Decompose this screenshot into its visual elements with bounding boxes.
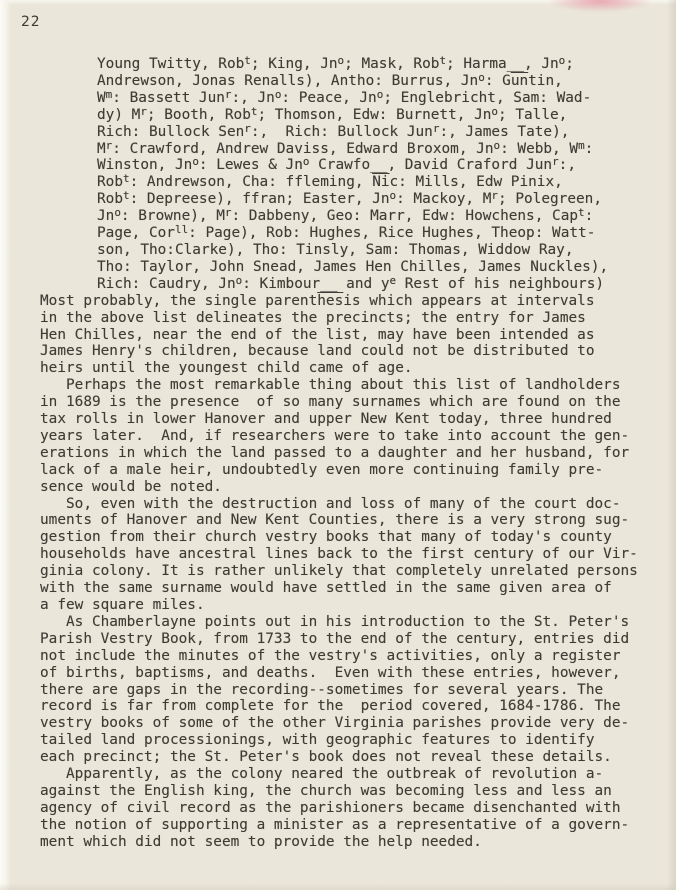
text-line: with the same surname would have settled… — [40, 580, 638, 597]
text-line: against the English king, the church was… — [40, 783, 638, 800]
paragraph: Most probably, the single parenthesis wh… — [40, 293, 638, 378]
text-line: Parish Vestry Book, from 1733 to the end… — [40, 631, 638, 648]
text-column: Young Twitty, Robt; King, Jno; Mask, Rob… — [40, 56, 638, 851]
text-line: record is far from complete for the peri… — [40, 698, 638, 715]
text-line: ment which did not seem to provide the h… — [40, 834, 638, 851]
scan-edge-right — [667, 0, 676, 890]
text-line: Page, Corll: Page), Rob: Hughes, Rice Hu… — [40, 225, 638, 242]
pink-smudge — [549, 0, 651, 12]
paragraph: So, even with the destruction and loss o… — [40, 496, 638, 614]
text-line: Tho: Taylor, John Snead, James Hen Chill… — [40, 259, 638, 276]
scan-edge-bottom — [0, 883, 676, 890]
text-line: erations in which the land passed to a d… — [40, 445, 638, 462]
text-line: lack of a male heir, undoubtedly even mo… — [40, 462, 638, 479]
text-line: in 1689 is the presence of so many surna… — [40, 394, 638, 411]
text-line: tax rolls in lower Hanover and upper New… — [40, 411, 638, 428]
text-line: As Chamberlayne points out in his introd… — [40, 614, 638, 631]
paragraph: Perhaps the most remarkable thing about … — [40, 377, 638, 495]
scanned-book-page: 22 Young Twitty, Robt; King, Jno; Mask, … — [0, 0, 676, 890]
text-line: tailed land processionings, with geograp… — [40, 732, 638, 749]
text-line: vestry books of some of the other Virgin… — [40, 715, 638, 732]
text-line: there are gaps in the recording--sometim… — [40, 682, 638, 699]
scan-edge-left — [0, 0, 11, 890]
text-line: Rich: Bullock Senr:, Rich: Bullock Junr:… — [40, 124, 638, 141]
text-line: gestion from their church vestry books t… — [40, 529, 638, 546]
text-line: So, even with the destruction and loss o… — [40, 496, 638, 513]
text-line: Most probably, the single parenthesis wh… — [40, 293, 638, 310]
landholder-name-list: Young Twitty, Robt; King, Jno; Mask, Rob… — [40, 56, 638, 293]
text-line: Jno: Browne), Mr: Dabbeny, Geo: Marr, Ed… — [40, 208, 638, 225]
paragraph: As Chamberlayne points out in his introd… — [40, 614, 638, 766]
paragraph: Apparently, as the colony neared the out… — [40, 766, 638, 851]
text-line: not include the minutes of the vestry's … — [40, 648, 638, 665]
text-line: Young Twitty, Robt; King, Jno; Mask, Rob… — [40, 56, 638, 73]
text-line: the notion of supporting a minister as a… — [40, 817, 638, 834]
text-line: uments of Hanover and New Kent Counties,… — [40, 512, 638, 529]
text-line: Robt: Depreese), ffran; Easter, Jno: Mac… — [40, 191, 638, 208]
text-line: agency of civil record as the parishione… — [40, 800, 638, 817]
page-number: 22 — [21, 14, 40, 30]
text-line: Wm: Bassett Junr:, Jno: Peace, Jno; Engl… — [40, 90, 638, 107]
text-line: James Henry's children, because land cou… — [40, 343, 638, 360]
text-line: dy) Mr; Booth, Robt; Thomson, Edw: Burne… — [40, 107, 638, 124]
text-line: Apparently, as the colony neared the out… — [40, 766, 638, 783]
text-line: years later. And, if researchers were to… — [40, 428, 638, 445]
text-line: sence would be noted. — [40, 479, 638, 496]
text-line: Perhaps the most remarkable thing about … — [40, 377, 638, 394]
text-line: son, Tho:Clarke), Tho: Tinsly, Sam: Thom… — [40, 242, 638, 259]
text-line: heirs until the youngest child came of a… — [40, 360, 638, 377]
text-line: each precinct; the St. Peter's book does… — [40, 749, 638, 766]
text-line: in the above list delineates the precinc… — [40, 310, 638, 327]
text-line: Mr: Crawford, Andrew Daviss, Edward Brox… — [40, 141, 638, 158]
text-line: Rich: Caudry, Jno: Kimbour__ and ye Rest… — [40, 276, 638, 293]
body-text: Most probably, the single parenthesis wh… — [40, 293, 638, 851]
text-line: of births, baptisms, and deaths. Even wi… — [40, 665, 638, 682]
text-line: Andrewson, Jonas Renalls), Antho: Burrus… — [40, 73, 638, 90]
text-line: a few square miles. — [40, 597, 638, 614]
text-line: ginia colony. It is rather unlikely that… — [40, 563, 638, 580]
text-line: households have ancestral lines back to … — [40, 546, 638, 563]
text-line: Hen Chilles, near the end of the list, m… — [40, 327, 638, 344]
